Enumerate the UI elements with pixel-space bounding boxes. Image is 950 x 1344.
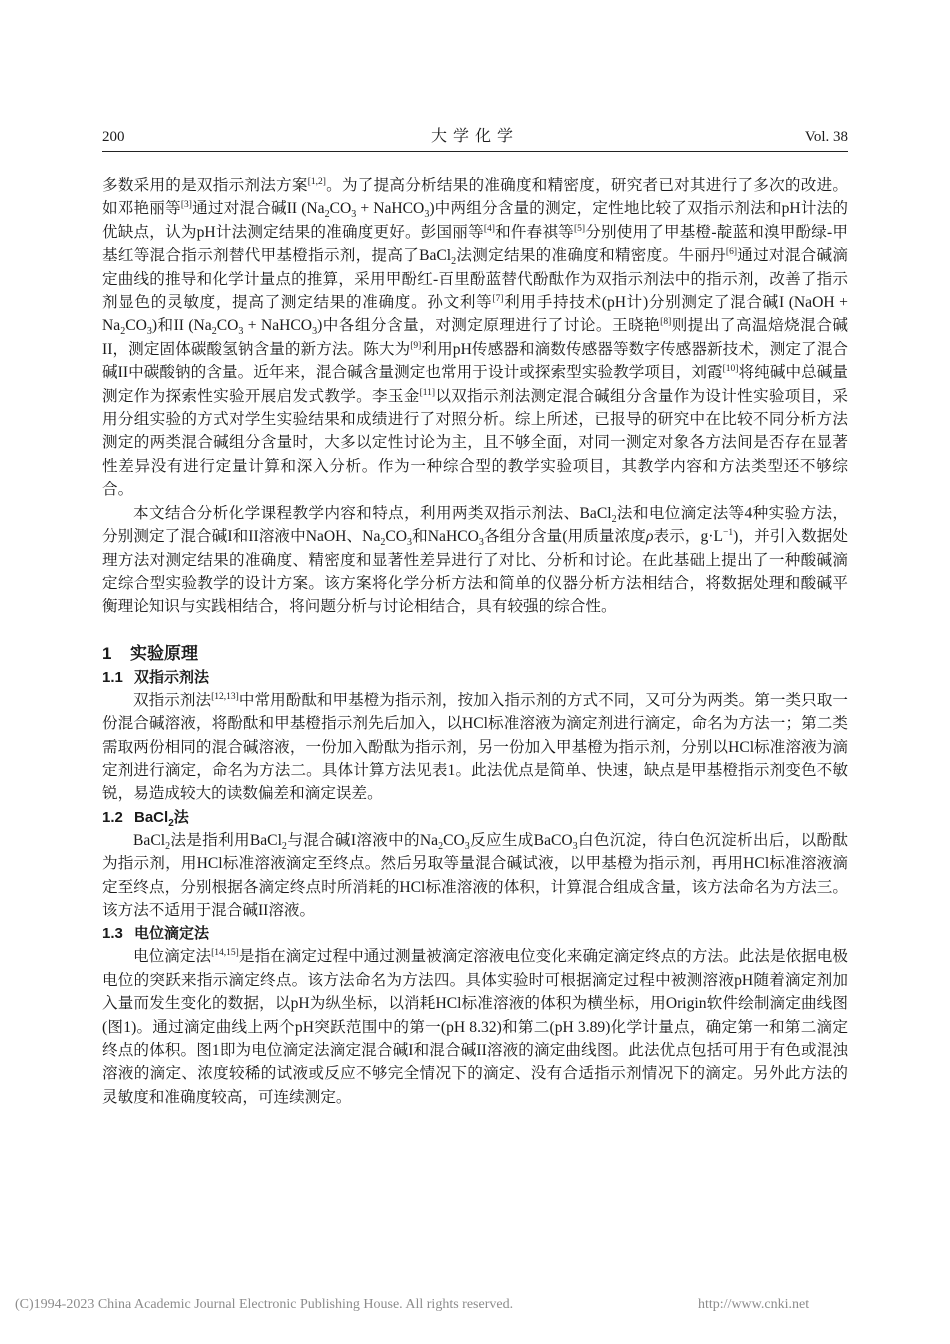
citation-superscript: [5] — [574, 224, 585, 234]
journal-title: 大学化学 — [102, 126, 848, 148]
citation-superscript: [12,13] — [211, 692, 239, 702]
text-run: )和II (Na — [152, 317, 212, 334]
text-run: 表示，g·L — [653, 528, 723, 545]
text-run: 法是指利用BaCl — [170, 832, 282, 849]
paragraph-study-aim: 本文结合分析化学课程教学内容和特点，利用两类双指示剂法、BaCl2法和电位滴定法… — [102, 502, 848, 619]
citation-superscript: [6] — [726, 247, 737, 257]
citation-superscript: [4] — [484, 224, 495, 234]
citation-superscript: −1 — [723, 528, 733, 538]
text-run: 反应生成BaCO — [470, 832, 573, 849]
citation-superscript: [3] — [181, 200, 192, 210]
section-heading: 1实验原理 — [102, 642, 848, 666]
cnki-link[interactable]: http://www.cnki.net — [698, 1297, 809, 1313]
text-run: 各组分含量(用质量浓度 — [484, 528, 646, 545]
citation-superscript: [1,2] — [308, 177, 326, 187]
text-run: CO — [443, 832, 465, 849]
paragraph-double-indicator: 双指示剂法[12,13]中常用酚酞和甲基橙为指示剂，按加入指示剂的方式不同，又可… — [102, 689, 848, 806]
citation-superscript: [7] — [492, 294, 503, 304]
text-run: 是指在滴定过程中通过测量被滴定溶液电位变化来确定滴定终点的方法。此法是依据电极电… — [102, 948, 848, 1105]
text-run: CO — [125, 317, 147, 334]
text-run: 中常用酚酞和甲基橙为指示剂，按加入指示剂的方式不同，又可分为两类。第一类只取一份… — [102, 692, 848, 803]
text-run: )中各组分含量，对测定原理进行了讨论。王晓艳 — [317, 317, 660, 334]
citation-superscript: [11] — [420, 387, 435, 397]
citation-superscript: [9] — [410, 341, 421, 351]
text-run: 多数采用的是双指示剂法方案 — [102, 177, 308, 194]
text-run: CO — [217, 317, 239, 334]
text-run: BaCl — [133, 832, 165, 849]
text-run: + NaHCO — [356, 200, 424, 217]
text-run: + NaHCO — [243, 317, 312, 334]
text-run: 本文结合分析化学课程教学内容和特点，利用两类双指示剂法、BaCl — [133, 505, 612, 522]
text-run: 和仵春祺等 — [495, 224, 574, 241]
citation-superscript: [8] — [660, 317, 671, 327]
text-run: 电位滴定法 — [133, 948, 211, 965]
text-run: CO — [385, 528, 407, 545]
running-header: 200 大学化学 Vol. 38 — [102, 126, 848, 148]
text-run: 双指示剂法 — [133, 692, 211, 709]
subsection-heading-potentiometric: 1.3电位滴定法 — [102, 922, 848, 945]
citation-superscript: [14,15] — [211, 948, 239, 958]
citation-superscript: [10] — [723, 364, 739, 374]
text-run: 通过对混合碱II (Na — [192, 200, 325, 217]
article-body: 多数采用的是双指示剂法方案[1,2]。为了提高分析结果的准确度和精密度，研究者已… — [102, 174, 848, 1109]
volume-label: Vol. 38 — [805, 126, 848, 148]
text-run: 法测定结果的准确度和精密度。牛丽丹 — [456, 247, 726, 264]
text-run: 与混合碱I溶液中的Na — [287, 832, 438, 849]
paragraph-potentiometric: 电位滴定法[14,15]是指在滴定过程中通过测量被滴定溶液电位变化来确定滴定终点… — [102, 945, 848, 1109]
subsection-heading-bacl2: 1.2BaCl2法 — [102, 806, 848, 829]
text-run: 和NaHCO — [412, 528, 479, 545]
subsection-heading-double-indicator: 1.1双指示剂法 — [102, 666, 848, 689]
text-run: CO — [330, 200, 352, 217]
paragraph-bacl2: BaCl2法是指利用BaCl2与混合碱I溶液中的Na2CO3反应生成BaCO3白… — [102, 829, 848, 923]
header-rule — [102, 151, 848, 152]
copyright-text: (C)1994-2023 China Academic Journal Elec… — [15, 1297, 513, 1313]
paragraph-intro-continued: 多数采用的是双指示剂法方案[1,2]。为了提高分析结果的准确度和精密度，研究者已… — [102, 174, 848, 502]
